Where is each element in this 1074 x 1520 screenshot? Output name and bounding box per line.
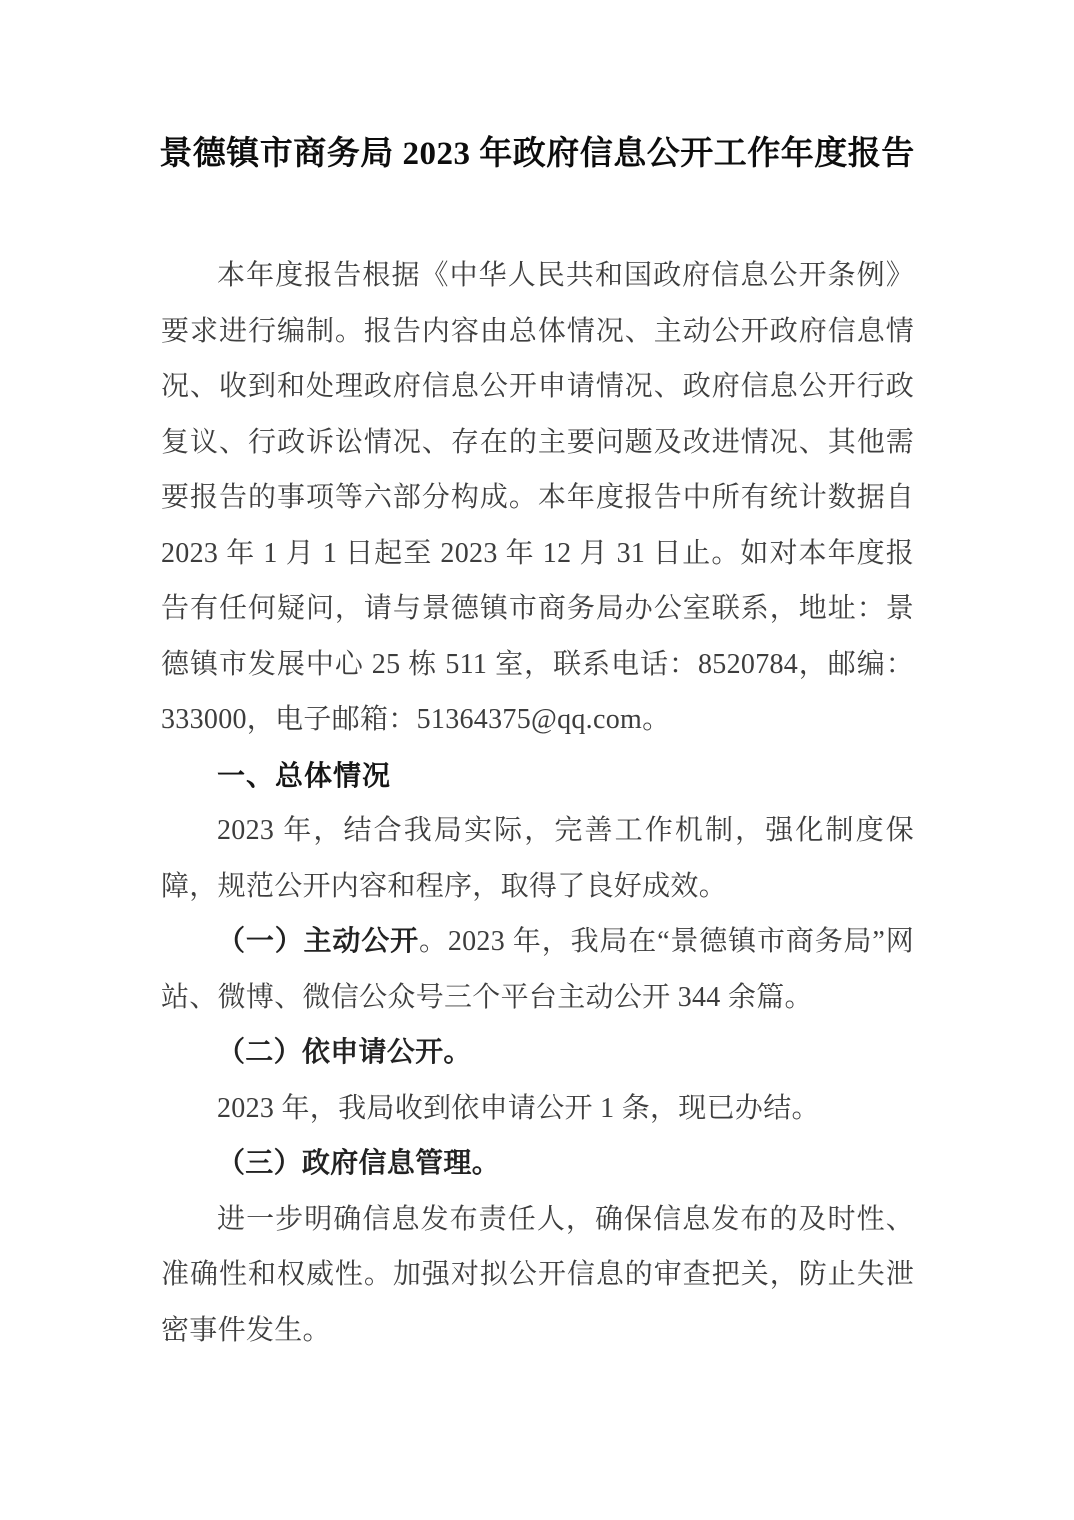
paragraph-emphasis: （二）依申请公开。 — [217, 1037, 472, 1068]
paragraph-text: 2023 年，结合我局实际，完善工作机制，强化制度保障，规范公开内容和程序，取得… — [161, 815, 914, 902]
paragraph: （一）主动公开。2023 年，我局在“景德镇市商务局”网站、微博、微信公众号三个… — [161, 914, 914, 1025]
paragraph-text: 本年度报告根据《中华人民共和国政府信息公开条例》要求进行编制。报告内容由总体情况… — [161, 260, 914, 735]
paragraph: 2023 年，我局收到依申请公开 1 条，现已办结。 — [161, 1081, 914, 1137]
document-body: 本年度报告根据《中华人民共和国政府信息公开条例》要求进行编制。报告内容由总体情况… — [161, 248, 914, 1358]
paragraph-emphasis: （一）主动公开 — [217, 926, 419, 957]
paragraph-emphasis: （三）政府信息管理。 — [217, 1148, 500, 1179]
section-heading: 一、总体情况 — [161, 748, 914, 804]
paragraph-text: 进一步明确信息发布责任人，确保信息发布的及时性、准确性和权威性。加强对拟公开信息… — [161, 1204, 914, 1346]
paragraph: 进一步明确信息发布责任人，确保信息发布的及时性、准确性和权威性。加强对拟公开信息… — [161, 1192, 914, 1359]
paragraph: 本年度报告根据《中华人民共和国政府信息公开条例》要求进行编制。报告内容由总体情况… — [161, 248, 914, 748]
document-page: 景德镇市商务局 2023 年政府信息公开工作年度报告 本年度报告根据《中华人民共… — [0, 0, 1074, 1520]
document-title: 景德镇市商务局 2023 年政府信息公开工作年度报告 — [70, 132, 1004, 176]
paragraph-text: 2023 年，我局收到依申请公开 1 条，现已办结。 — [217, 1093, 820, 1124]
paragraph-emphasis: 一、总体情况 — [217, 760, 391, 791]
paragraph: （二）依申请公开。 — [161, 1025, 914, 1081]
paragraph: （三）政府信息管理。 — [161, 1136, 914, 1192]
paragraph: 2023 年，结合我局实际，完善工作机制，强化制度保障，规范公开内容和程序，取得… — [161, 803, 914, 914]
